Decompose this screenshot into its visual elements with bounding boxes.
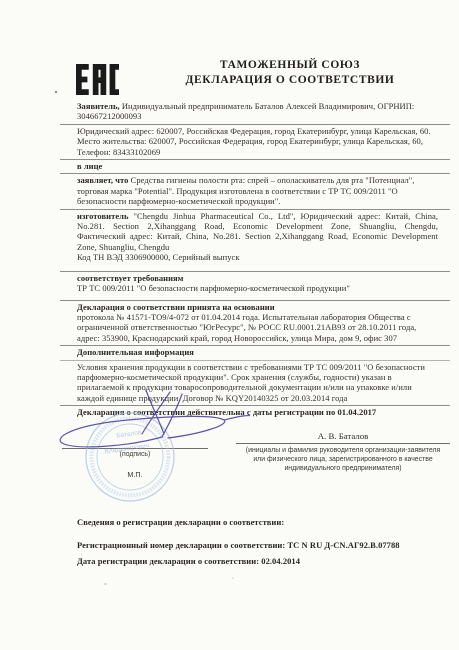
registration-number-line: Регистрационный номер декларации о соотв…: [60, 540, 450, 550]
applicant-line: Заявитель, Индивидуальный предпринимател…: [60, 101, 450, 122]
basis-text: протокола № 41571-ТО9/4-072 от 01.04.201…: [60, 312, 450, 343]
signature-left-column: (подпись) М.П.: [62, 448, 208, 479]
applicant-address: Юридический адрес: 620007, Российская Фе…: [60, 126, 450, 157]
manufacturer-line: изготовитель "Chengdu Jinhua Pharmaceuti…: [60, 211, 450, 253]
signature-area: (подпись) М.П. А. В. Баталов (инициалы и…: [60, 420, 450, 504]
declares-line: заявляет, что Средства гигиены полости р…: [60, 175, 450, 206]
title-line-1: ТАМОЖЕННЫЙ СОЮЗ: [140, 58, 440, 73]
divider: [60, 345, 450, 346]
declaration-document-page: ТАМОЖЕННЫЙ СОЮЗ ДЕКЛАРАЦИЯ О СООТВЕТСТВИ…: [0, 0, 459, 650]
signature-caption: (подпись): [62, 450, 208, 459]
additional-info-label: Дополнительная информация: [60, 347, 450, 357]
eac-conformity-mark-icon: [76, 57, 119, 102]
registration-number-value: ТС N RU Д-CN.АГ92.B.07788: [287, 540, 399, 550]
signatory-name: А. В. Баталов: [236, 431, 450, 442]
divider: [60, 173, 450, 174]
title-line-2: ДЕКЛАРАЦИЯ О СООТВЕТСТВИИ: [140, 73, 440, 88]
validity-line: Декларация о соответствии действительна …: [60, 407, 450, 417]
conforms-label: соответствует требованиям: [60, 273, 450, 283]
signature-line: [62, 448, 208, 449]
scan-speck: [55, 91, 57, 93]
registration-date-line: Дата регистрации декларации о соответств…: [60, 556, 450, 566]
spacer: [60, 294, 450, 298]
signatory-caption: (инициалы и фамилия руководителя организ…: [245, 446, 441, 473]
divider: [60, 300, 450, 301]
signature-right-column: А. В. Баталов (инициалы и фамилия руково…: [236, 431, 450, 473]
manufacturer-text: "Chengdu Jinhua Pharmaceutical Co., Ltd"…: [77, 211, 438, 252]
additional-info-text: Условия хранения продукции в соответстви…: [60, 362, 450, 404]
divider: [60, 209, 450, 210]
signatory-name-line: [236, 443, 450, 444]
scan-speck: [104, 583, 107, 585]
scan-speck: [232, 577, 234, 579]
applicant-label: Заявитель,: [77, 101, 120, 111]
in-person-label: в лице: [60, 161, 450, 171]
registration-heading: Сведения о регистрации декларации о соот…: [60, 517, 450, 527]
divider: [60, 405, 450, 406]
divider: [60, 271, 450, 272]
applicant-text: Индивидуальный предприниматель Баталов А…: [77, 101, 414, 121]
divider: [60, 159, 450, 160]
declares-label: заявляет, что: [77, 175, 128, 185]
declares-text: Средства гигиены полости рта: спрей – оп…: [77, 175, 414, 206]
basis-label: Декларация о соответствии принята на осн…: [60, 302, 450, 312]
tnved-line: Код ТН ВЭД 3306900000, Серийный выпуск: [60, 252, 450, 262]
registration-number-label: Регистрационный номер декларации о соотв…: [77, 540, 285, 550]
conforms-text: ТР ТС 009/2011 "О безопасности парфюмерн…: [60, 283, 450, 293]
manufacturer-label: изготовитель: [77, 211, 129, 221]
spacer: [60, 263, 450, 269]
stamp-place-caption: М.П.: [62, 470, 208, 479]
document-title: ТАМОЖЕННЫЙ СОЮЗ ДЕКЛАРАЦИЯ О СООТВЕТСТВИ…: [140, 58, 440, 88]
divider: [60, 124, 450, 125]
eac-logo-svg: [76, 57, 119, 102]
registration-date-value: 02.04.2014: [261, 556, 300, 566]
registration-date-label: Дата регистрации декларации о соответств…: [77, 556, 259, 566]
divider: [60, 360, 450, 361]
declaration-body: Заявитель, Индивидуальный предпринимател…: [60, 101, 450, 567]
